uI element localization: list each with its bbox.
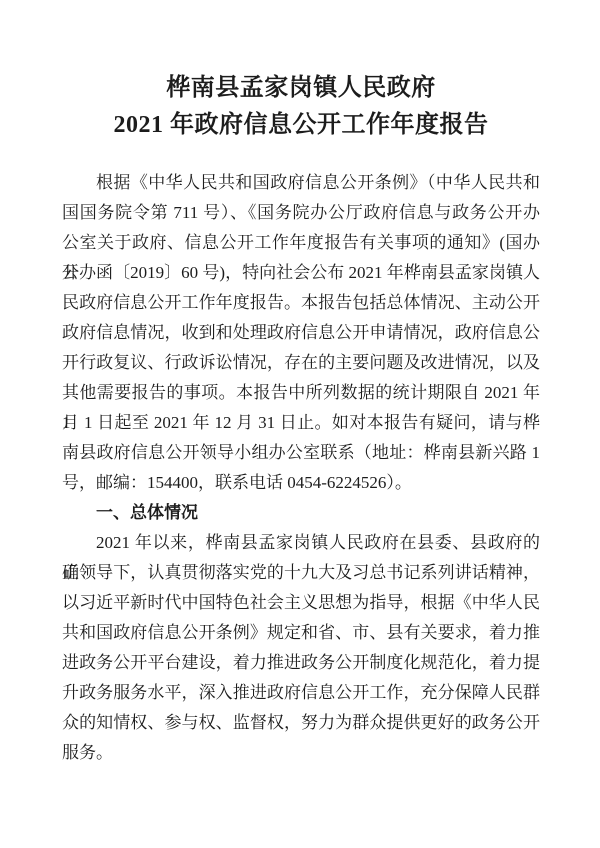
paragraph-line: 以习近平新时代中国特色社会主义思想为指导，根据《中华人民: [62, 588, 540, 618]
paragraph-line: 月 1 日起至 2021 年 12 月 31 日止。如对本报告有疑问，请与桦: [62, 408, 540, 438]
paragraph-line: 升政务服务水平，深入推进政府信息公开工作，充分保障人民群: [62, 678, 540, 708]
paragraph-line: 公室关于政府、信息公开工作年度报告有关事项的通知》(国办公: [62, 228, 540, 258]
document-page: 桦南县孟家岗镇人民政府 2021 年政府信息公开工作年度报告 根据《中华人民共和…: [0, 0, 600, 848]
paragraph-2: 2021 年以来，桦南县孟家岗镇人民政府在县委、县政府的正 确领导下，认真贯彻落…: [62, 528, 540, 768]
paragraph-line: 其他需要报告的事项。本报告中所列数据的统计期限自 2021 年 1: [62, 378, 540, 408]
paragraph-line: 开行政复议、行政诉讼情况，存在的主要问题及改进情况，以及: [62, 348, 540, 378]
paragraph-line: 确领导下，认真贯彻落实党的十九大及习总书记系列讲话精神，: [62, 558, 540, 588]
document-title-line-2: 2021 年政府信息公开工作年度报告: [62, 107, 540, 144]
paragraph-line: 政府信息情况，收到和处理政府信息公开申请情况，政府信息公: [62, 318, 540, 348]
paragraph-line: 众的知情权、参与权、监督权，努力为群众提供更好的政务公开: [62, 708, 540, 738]
paragraph-1: 根据《中华人民共和国政府信息公开条例》（中华人民共和 国国务院令第 711 号）…: [62, 168, 540, 498]
paragraph-line: 国国务院令第 711 号）、《国务院办公厅政府信息与政务公开办: [62, 198, 540, 228]
paragraph-line: 2021 年以来，桦南县孟家岗镇人民政府在县委、县政府的正: [62, 528, 540, 558]
paragraph-line: 根据《中华人民共和国政府信息公开条例》（中华人民共和: [62, 168, 540, 198]
paragraph-line: 民政府信息公开工作年度报告。本报告包括总体情况、主动公开: [62, 288, 540, 318]
paragraph-line: 进政务公开平台建设，着力推进政务公开制度化规范化，着力提: [62, 648, 540, 678]
paragraph-line: 南县政府信息公开领导小组办公室联系（地址：桦南县新兴路 1: [62, 438, 540, 468]
document-title: 桦南县孟家岗镇人民政府 2021 年政府信息公开工作年度报告: [62, 70, 540, 144]
paragraph-line: 号，邮编：154400，联系电话 0454-6224526）。: [62, 468, 540, 498]
document-title-line-1: 桦南县孟家岗镇人民政府: [62, 70, 540, 107]
paragraph-line: 服务。: [62, 738, 540, 768]
paragraph-line: 开办函〔2019〕60 号)，特向社会公布 2021 年桦南县孟家岗镇人: [62, 258, 540, 288]
section-heading-1: 一、总体情况: [62, 498, 540, 528]
paragraph-line: 共和国政府信息公开条例》规定和省、市、县有关要求，着力推: [62, 618, 540, 648]
